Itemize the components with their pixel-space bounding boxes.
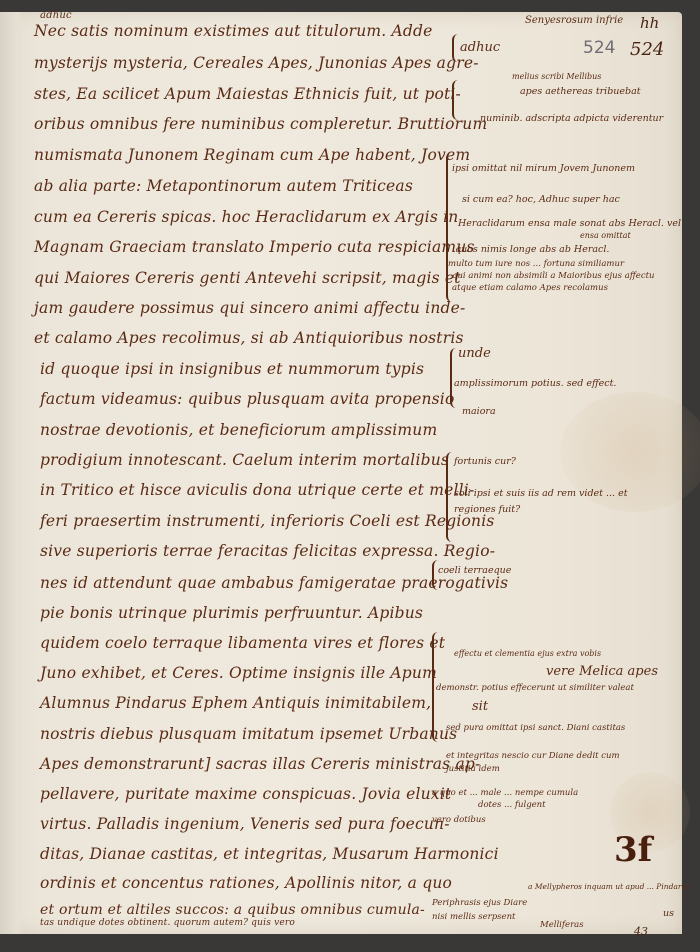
margin-note: melius scribi Mellibus <box>512 72 601 81</box>
text-line: Alumnus Pindarus Ephem Antiquis inimitab… <box>40 694 431 712</box>
margin-note: ensa omittat <box>580 231 631 240</box>
margin-note: us <box>663 908 674 919</box>
margin-brace <box>452 80 460 120</box>
margin-brace <box>446 452 454 542</box>
margin-note: fortunis cur? <box>454 456 516 467</box>
margin-note: multo tum iure nos ... fortuna similiamu… <box>448 259 624 269</box>
folio-mark: hh <box>640 14 659 32</box>
margin-note: sed pura omittat ipsi sanct. Diani casti… <box>446 723 625 733</box>
text-line: sive superioris terrae feracitas felicit… <box>40 542 495 560</box>
margin-note: Melliferas <box>540 920 584 930</box>
margin-note: et integritas nescio cur Diane dedit cum <box>446 751 620 761</box>
text-line: factum videamus: quibus plusquam avita p… <box>40 390 455 408</box>
text-line: et ortum et altiles succos: a quibus omn… <box>40 902 425 918</box>
text-line: Juno exhibet, et Ceres. Optime insignis … <box>40 664 437 682</box>
margin-note: demonstr. potius effecerunt ut similiter… <box>436 683 634 693</box>
margin-note: maiora <box>462 406 496 417</box>
text-line: in Tritico et hisce aviculis dona utriqu… <box>40 481 474 499</box>
text-line: nostris diebus plusquam imitatum ipsemet… <box>40 725 457 743</box>
margin-note: regiones fuit? <box>454 504 520 515</box>
margin-note: effectu et clementia ejus extra vobis <box>454 649 601 658</box>
text-line: tas undique dotes obtinent. quorum autem… <box>40 918 295 928</box>
margin-note: si cum ea? hoc, Adhuc super hac <box>462 194 620 205</box>
margin-note: dotes ... fulgent <box>478 800 546 810</box>
text-line: qui Maiores Cereris genti Antevehi scrip… <box>34 269 461 287</box>
margin-note: numinib. adscripta adpicta viderentur <box>480 113 663 124</box>
margin-note: unde <box>458 346 491 361</box>
text-line: numismata Junonem Reginam cum Ape habent… <box>34 146 470 164</box>
margin-note: amplissimorum potius. sed effect. <box>454 378 616 389</box>
text-line: feri praesertim instrumenti, inferioris … <box>40 512 495 530</box>
margin-note: soli ipsi et suis iis ad rem videt ... e… <box>454 488 628 499</box>
margin-note: quos nimis longe abs ab Heracl. <box>455 244 609 255</box>
margin-note: vere Melica apes <box>546 664 658 679</box>
text-line: cum ea Cereris spicas. hoc Heraclidarum … <box>34 208 458 226</box>
text-line: mysterijs mysteria, Cereales Apes, Junon… <box>34 54 479 72</box>
text-line: jam gaudere possimus qui sincero animi a… <box>34 299 465 317</box>
signature-mark: 3f <box>614 830 652 870</box>
text-line: Apes demonstrarunt] sacras illas Cereris… <box>40 755 480 773</box>
manuscript-page: Senyesrosum infrie hh 524 524 adhuc Nec … <box>0 12 682 934</box>
text-line: pie bonis utrinque plurimis perfruuntur.… <box>40 604 423 622</box>
margin-note: Periphrasis ejus Diare <box>432 898 527 908</box>
margin-note: vero dotibus <box>432 815 486 825</box>
text-line: stes, Ea scilicet Apum Maiestas Ethnicis… <box>34 85 461 103</box>
manuscript-scan: Senyesrosum infrie hh 524 524 adhuc Nec … <box>0 0 700 952</box>
margin-note: ipsi omittat nil mirum Jovem Junonem <box>452 163 635 174</box>
text-line: pellavere, puritate maxime conspicuas. J… <box>40 785 451 803</box>
margin-note: adhuc <box>460 40 500 55</box>
text-line: ditas, Dianae castitas, et integritas, M… <box>40 845 499 863</box>
text-line: id quoque ipsi in insignibus et nummorum… <box>40 360 424 378</box>
folio-number-ink: 524 <box>630 39 664 60</box>
margin-note: sit <box>472 699 488 714</box>
margin-note: nisi mellis serpsent <box>432 912 515 922</box>
text-line: nostrae devotionis, et beneficiorum ampl… <box>40 421 437 439</box>
page-number: 43 <box>634 925 648 938</box>
text-line: Nec satis nominum existimes aut tituloru… <box>34 22 433 40</box>
interlinear-adhuc: adhuc <box>40 10 72 21</box>
text-line: oribus omnibus fere numinibus compleretu… <box>34 115 487 133</box>
margin-note: justitia idem <box>446 764 500 774</box>
text-line: quidem coelo terraque libamenta vires et… <box>40 634 445 652</box>
margin-note: a Mellypheros inquam ut apud ... Pindaru… <box>528 882 690 891</box>
margin-note: atque etiam calamo Apes recolamus <box>452 283 608 293</box>
text-line: prodigium innotescant. Caelum interim mo… <box>40 451 449 469</box>
text-line: virtus. Palladis ingenium, Veneris sed p… <box>40 815 450 833</box>
margin-note: coeli terraeque <box>438 565 511 576</box>
margin-brace <box>452 34 460 62</box>
text-line: et calamo Apes recolimus, si ab Antiquio… <box>34 329 464 347</box>
header-note: Senyesrosum infrie <box>525 15 623 26</box>
text-line: ordinis et concentus rationes, Apollinis… <box>40 874 452 892</box>
text-line: Magnam Graeciam translato Imperio cuta r… <box>34 238 475 256</box>
folio-number-pencil: 524 <box>583 38 615 58</box>
text-line: ab alia parte: Metapontinorum autem Trit… <box>34 177 413 195</box>
margin-note: Heraclidarum ensa male sonat abs Heracl.… <box>458 218 681 229</box>
margin-note: apes aethereas tribuebat <box>520 86 641 97</box>
margin-note: a quo et ... male ... nempe cumula <box>432 788 578 798</box>
margin-note: qui animi non absimili a Maioribus ejus … <box>452 271 654 281</box>
